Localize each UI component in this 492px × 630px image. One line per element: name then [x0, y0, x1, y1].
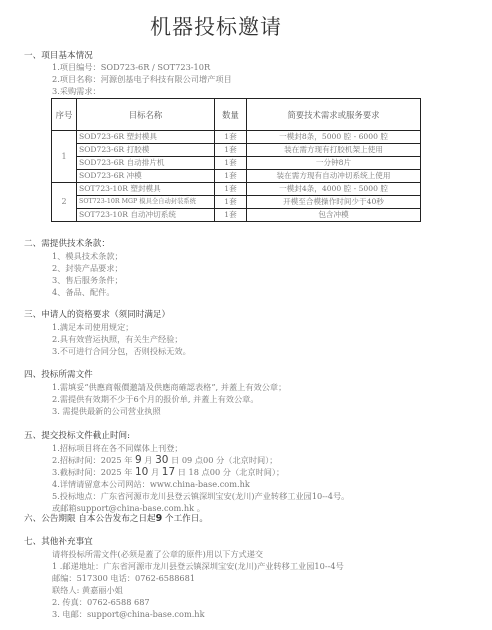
table-row: SOD723-6R 打胶模 1套 装在需方现有打胶机架上使用 [52, 144, 421, 157]
qualification-item: 1.满足本司使用规定； [52, 321, 134, 333]
tech-item: 4、备品、配件。 [52, 286, 115, 298]
requirements-table: 序号 目标名称 数量 简要技术需求或服务要求 1 SOD723-6R 塑封模具 … [51, 98, 421, 222]
procurement-needs-label: 3.采购需求： [52, 85, 101, 97]
fax: 2. 传真：0762-6588 687 [52, 596, 150, 608]
item-qty: 1套 [215, 183, 247, 196]
group-seq: 2 [52, 183, 77, 222]
header-target-name: 目标名称 [77, 99, 215, 131]
item-req: 包含冲模 [247, 209, 421, 222]
contact-person: 联络人: 黄嘉丽小姐 [52, 584, 123, 596]
email: 3. 电邮：support@china-base.com.hk [52, 608, 205, 620]
tech-item: 3、售后服务条件； [52, 274, 123, 286]
item-name: SOT723-10R MGP 模具全自动封装系统 [77, 196, 215, 209]
item-qty: 1套 [215, 209, 247, 222]
mailing-address: 1 .邮递地址：广东省河源市龙川县登云镇深圳宝安(龙川)产业转移工业园10--4… [52, 560, 344, 572]
item-req: 一模封4条，4000 腔 - 5000 腔 [247, 183, 421, 196]
section-3-heading: 三、申请人的资格要求（须同时满足） [24, 309, 170, 321]
bid-open-day: 30 [155, 454, 168, 466]
item-name: SOD723-6R 塑封模具 [77, 131, 215, 144]
table-row: 2 SOT723-10R 塑封模具 1套 一模封4条，4000 腔 - 5000… [52, 183, 421, 196]
postcode-phone: 邮编：517300 电话：0762-6588681 [52, 572, 195, 584]
group-seq: 1 [52, 131, 77, 183]
project-name: 2.项目名称：河源创基电子科技有限公司增产项目 [52, 73, 232, 85]
item-qty: 1套 [215, 157, 247, 170]
section-6-notice-period: 六、公告期限 自本公告发布之日起9 个工作日。 [24, 513, 208, 525]
table-header-row: 序号 目标名称 数量 简要技术需求或服务要求 [52, 99, 421, 131]
bid-location-item: 5.投标地点：广东省河源市龙川县登云镇深圳宝安(龙川)产业转移工业园10--4号… [52, 490, 349, 502]
item-qty: 1套 [215, 144, 247, 157]
item-req: 装在需方现有自动冲切系统上使用 [247, 170, 421, 183]
notice-period-suffix: 个工作日。 [162, 514, 208, 524]
item-req: 开模至合模操作时间少于40秒 [247, 196, 421, 209]
section-5-heading: 五、提交投标文件截止时间: [24, 430, 130, 442]
bid-open-month: 9 [135, 454, 142, 466]
other-item: 请将投标所需文件(必须是蓋了公章的原件)用以下方式递交 [52, 548, 263, 560]
bid-close-suffix: 日 18 点00 分（北京时间）； [175, 467, 284, 477]
header-seq: 序号 [52, 99, 77, 131]
table-row: SOT723-10R 自动冲切系统 1套 包含冲模 [52, 209, 421, 222]
project-number: 1.项目编号：SOD723-6R / SOT723-10R [52, 61, 210, 73]
section-2-heading: 二、需提供技术条款： [24, 238, 110, 250]
item-name: SOD723-6R 自动排片机 [77, 157, 215, 170]
table-row: SOD723-6R 冲模 1套 装在需方现有自动冲切系统上使用 [52, 170, 421, 183]
bid-close-mid: 月 [148, 467, 161, 477]
website-item: 4.详情请留意本公司网站：www.china-base.com.hk [52, 478, 250, 490]
item-req: 一分钟8片 [247, 157, 421, 170]
bid-close-month: 10 [135, 466, 148, 478]
required-doc-item: 1.需填妥“供應商報價邀請及供應商確認表格”, 并蓋上有效公章； [52, 381, 286, 393]
header-quantity: 数量 [215, 99, 247, 131]
item-name: SOD723-6R 打胶模 [77, 144, 215, 157]
item-qty: 1套 [215, 196, 247, 209]
bid-open-time: 2.招标时间：2025 年 9 月 30 日 09 点00 分（北京时间）； [52, 454, 277, 466]
qualification-item: 3.不可进行合同分包，否则投标无效。 [52, 345, 191, 357]
item-name: SOT723-10R 塑封模具 [77, 183, 215, 196]
item-qty: 1套 [215, 170, 247, 183]
table-row: SOD723-6R 自动排片机 1套 一分钟8片 [52, 157, 421, 170]
table-row: SOT723-10R MGP 模具全自动封装系统 1套 开模至合模操作时间少于4… [52, 196, 421, 209]
tech-item: 1、模具技术条款； [52, 250, 123, 262]
bid-close-prefix: 3.截标时间：2025 年 [52, 467, 135, 477]
table-row: 1 SOD723-6R 塑封模具 1套 一模封8条，5000 腔 - 6000 … [52, 131, 421, 144]
bid-open-suffix: 日 09 点00 分（北京时间）； [168, 455, 277, 465]
required-doc-item: 2.需提供有效期不少于6个月的报价单, 并蓋上有效公章。 [52, 393, 259, 405]
qualification-item: 2.具有效营运执照，有关生产经验； [52, 333, 183, 345]
section-7-heading: 七、其他补充事宜 [24, 536, 93, 548]
item-req: 装在需方现有打胶机架上使用 [247, 144, 421, 157]
item-name: SOT723-10R 自动冲切系统 [77, 209, 215, 222]
header-requirements: 简要技术需求或服务要求 [247, 99, 421, 131]
bid-close-day: 17 [162, 466, 175, 478]
required-doc-item: 3. 需提供最新的公司营业执照 [52, 405, 161, 417]
document-title: 机器投标邀请 [0, 11, 432, 41]
deadline-item: 1.招标项目将在各不同媒体上刊登； [52, 442, 183, 454]
bid-open-prefix: 2.招标时间：2025 年 [52, 455, 135, 465]
item-qty: 1套 [215, 131, 247, 144]
bid-close-time: 3.截标时间：2025 年 10 月 17 日 18 点00 分（北京时间）； [52, 466, 284, 478]
tech-item: 2、封装产品要求； [52, 262, 123, 274]
item-req: 一模封8条，5000 腔 - 6000 腔 [247, 131, 421, 144]
notice-period-prefix: 六、公告期限 自本公告发布之日起 [24, 514, 156, 524]
bid-open-mid: 月 [142, 455, 155, 465]
item-name: SOD723-6R 冲模 [77, 170, 215, 183]
section-4-heading: 四、投标所需文件 [24, 369, 93, 381]
